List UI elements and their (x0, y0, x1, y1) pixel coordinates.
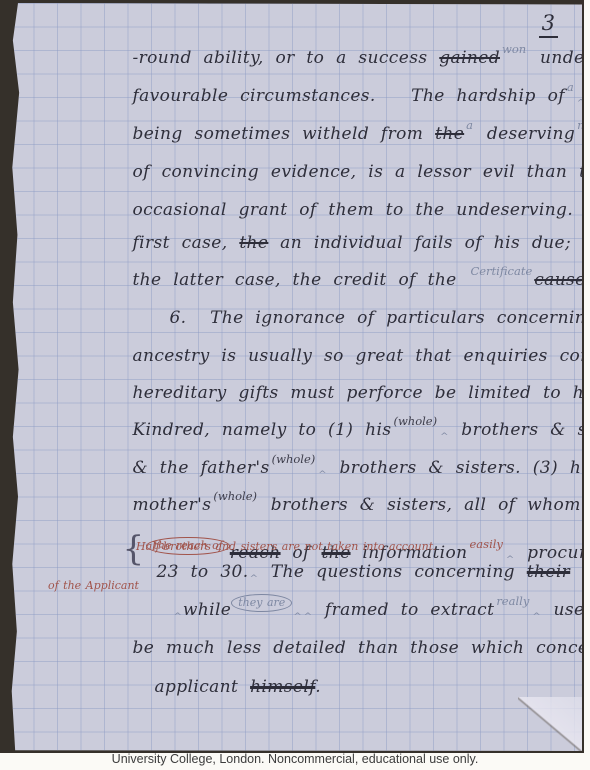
caption-text: University College, London. Noncommercia… (0, 752, 590, 766)
manuscript-scan: 3 -round ability, or to a success gained… (0, 0, 590, 770)
insertion-note: really (496, 594, 529, 608)
manuscript-text: 3 -round ability, or to a success gained… (10, 3, 582, 751)
paper-fold-crease (518, 697, 582, 751)
struck-word: cause (534, 270, 585, 290)
struck-word: their (527, 562, 570, 582)
insertion-note: (whole) (213, 489, 257, 503)
manuscript-line: applicant himself. (60, 657, 321, 717)
struck-word: gained (439, 48, 500, 68)
manuscript-paper: 3 -round ability, or to a success gained… (10, 3, 582, 751)
circled-insertion: they are (231, 594, 292, 612)
struck-word: the (435, 124, 464, 144)
insertion-note: (whole) (393, 414, 437, 428)
insertion-note: a (466, 118, 473, 132)
insertion-note: won (502, 42, 526, 56)
insertion-note: (whole) (272, 452, 316, 466)
struck-word: himself (250, 677, 315, 697)
insertion-note: Certificate (470, 264, 532, 278)
insertion-note: a (567, 80, 574, 94)
